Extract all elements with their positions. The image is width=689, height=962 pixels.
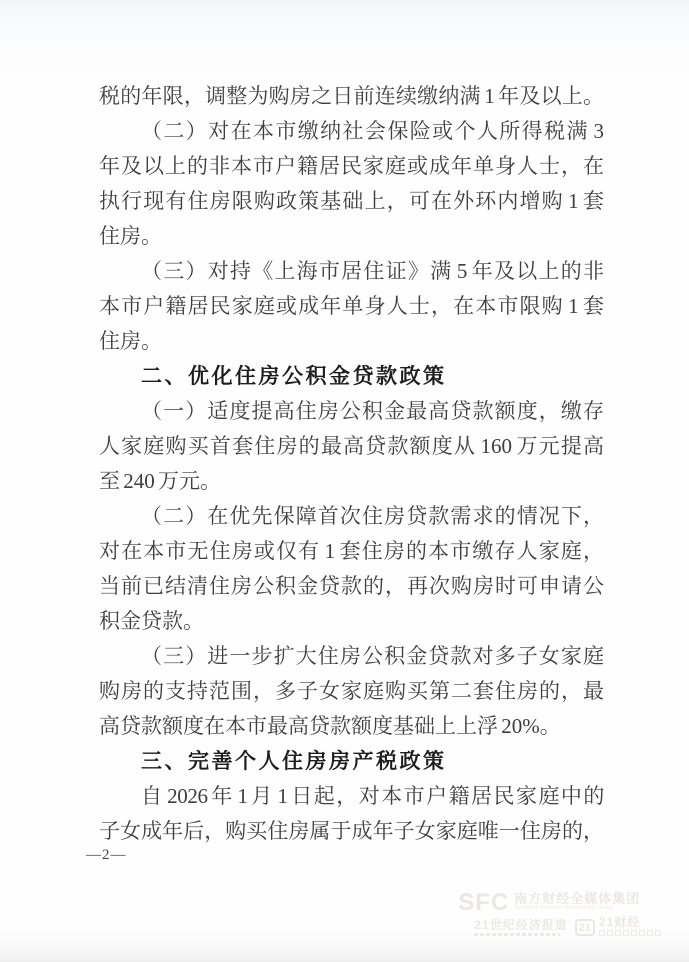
text-line: 住房。 bbox=[99, 219, 604, 254]
text-line: 对在本市无住房或仅有 1 套住房的本市缴存人家庭， bbox=[99, 534, 604, 569]
text-line: 高贷款额度在本市最高贷款额度基础上上浮 20%。 bbox=[99, 709, 604, 744]
text-line: 执行现有住房限购政策基础上，可在外环内增购 1 套 bbox=[99, 184, 604, 219]
text-line: 子女成年后，购买住房属于成年子女家庭唯一住房的， bbox=[99, 814, 604, 849]
section-heading-line: 三、完善个人住房房产税政策 bbox=[99, 744, 604, 779]
square-dots-icon bbox=[599, 930, 661, 936]
text-line: 积金贷款。 bbox=[99, 604, 604, 639]
watermark-row-bottom: 21世纪经济报道 21 21财经 bbox=[458, 916, 661, 936]
watermark-row-top: SFC 南方财经全媒体集团 Southern Finance Omnimedia… bbox=[458, 892, 661, 913]
text-line: （三）进一步扩大住房公积金贷款对多子女家庭 bbox=[99, 639, 604, 674]
text-line: （一）适度提高住房公积金最高贷款额度，缴存 bbox=[99, 394, 604, 429]
illegible-tiny-text bbox=[474, 933, 560, 936]
text-line: 年及以上的非本市户籍居民家庭或成年单身人士，在 bbox=[99, 149, 604, 184]
watermark-brand-cn: 21财经 bbox=[599, 916, 640, 928]
page-number: —2— bbox=[86, 847, 127, 864]
sfc-watermark: SFC 南方财经全媒体集团 Southern Finance Omnimedia… bbox=[458, 892, 661, 936]
watermark-brand: 21财经 bbox=[599, 916, 661, 936]
text-line: （二）在优先保障首次住房贷款需求的情况下， bbox=[99, 499, 604, 534]
text-line: （二）对在本市缴纳社会保险或个人所得税满 3 bbox=[99, 114, 604, 149]
text-line: 人家庭购买首套住房的最高贷款额度从 160 万元提高 bbox=[99, 429, 604, 464]
text-line: 购房的支持范围，多子女家庭购买第二套住房的，最 bbox=[99, 674, 604, 709]
document-page: 税的年限，调整为购房之日前连续缴纳满 1 年及以上。 （二）对在本市缴纳社会保险… bbox=[0, 0, 689, 962]
watermark-paper-name: 21世纪经济报道 bbox=[474, 919, 567, 936]
text-line: 至 240 万元。 bbox=[99, 464, 604, 499]
text-line: 本市户籍居民家庭或成年单身人士，在本市限购 1 套 bbox=[99, 289, 604, 324]
sfc-logo: SFC bbox=[458, 893, 509, 913]
text-line: 自 2026 年 1 月 1 日起，对本市户籍居民家庭中的 bbox=[99, 779, 604, 814]
watermark-group-name: 南方财经全媒体集团 Southern Finance Omnimedia Gro… bbox=[514, 892, 661, 913]
text-line: （三）对持《上海市居住证》满 5 年及以上的非 bbox=[99, 254, 604, 289]
watermark-group-name-cn: 南方财经全媒体集团 bbox=[514, 892, 640, 905]
section-heading-line: 二、优化住房公积金贷款政策 bbox=[99, 359, 604, 394]
document-body: 税的年限，调整为购房之日前连续缴纳满 1 年及以上。 （二）对在本市缴纳社会保险… bbox=[99, 79, 604, 849]
text-line: 住房。 bbox=[99, 324, 604, 359]
text-line: 税的年限，调整为购房之日前连续缴纳满 1 年及以上。 bbox=[99, 79, 604, 114]
watermark-group-name-en: Southern Finance Omnimedia Group bbox=[514, 905, 614, 910]
21-badge-icon: 21 bbox=[575, 919, 595, 936]
watermark-paper-name-cn: 21世纪经济报道 bbox=[474, 919, 567, 931]
text-line: 当前已结清住房公积金贷款的，再次购房时可申请公 bbox=[99, 569, 604, 604]
